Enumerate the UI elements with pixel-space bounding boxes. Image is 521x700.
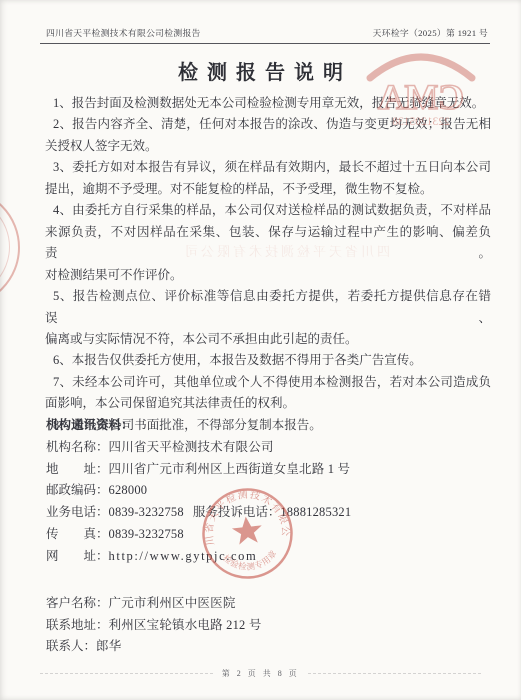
note-line: 5、报告检测点位、评价标准等信息由委托方提供，若委托方提供信息存在错误、 bbox=[45, 286, 491, 329]
cma-certificate-number: 2231205138 bbox=[392, 116, 450, 128]
header-report-number: 天环检字（2025）第 1921 号 bbox=[373, 26, 488, 39]
note-line: 偏离或与实际情况不符，本公司不承担由此引起的责任。 bbox=[45, 329, 491, 350]
row-label: 邮政编码： bbox=[46, 483, 109, 497]
notes-section: 1、报告封面及检测数据处无本公司检验检测专用章无效，报告无骑缝章无效。2、报告内… bbox=[45, 93, 491, 436]
ink-bleed-text: 四川省天平检测技术有限公司 bbox=[160, 241, 390, 260]
note-item: 6、本报告仅供委托方使用，本报告及数据不得用于各类广告宣传。 bbox=[45, 350, 491, 371]
customer-section: 客户名称：广元市利州区中医医院联系地址：利州区宝轮镇水电路 212 号联系人：郎… bbox=[46, 593, 491, 658]
row-value: 四川省广元市利州区上西街道女皇北路 1 号 bbox=[109, 462, 351, 476]
contact-row: 地 址：四川省广元市利州区上西街道女皇北路 1 号 bbox=[46, 459, 491, 481]
row-label: 传 真： bbox=[46, 527, 109, 541]
contact-row: 联系人：郎华 bbox=[46, 636, 491, 658]
row-value: 广元市利州区中医医院 bbox=[109, 596, 236, 610]
header-company-title: 四川省天平检测技术有限公司检测报告 bbox=[46, 26, 201, 39]
cma-letters: CMA bbox=[378, 77, 464, 117]
footer-left-rule bbox=[40, 673, 213, 674]
note-line: 面影响，本公司保留追究其法律责任的权利。 bbox=[45, 393, 491, 414]
note-line: 关授权人签字无效。 bbox=[45, 136, 491, 157]
contact-row: 联系地址：利州区宝轮镇水电路 212 号 bbox=[46, 615, 491, 637]
note-item: 5、报告检测点位、评价标准等信息由委托方提供，若委托方提供信息存在错误、偏离或与… bbox=[45, 286, 491, 350]
company-seal-stamp: 四川省天平检测技术有限公司 检验检测专用章 bbox=[200, 486, 295, 581]
row-label: 网 址： bbox=[46, 549, 109, 563]
page-header: 四川省天平检测技术有限公司检测报告 天环检字（2025）第 1921 号 bbox=[46, 26, 488, 40]
seal-star-icon bbox=[231, 515, 264, 545]
row-value: 利州区宝轮镇水电路 212 号 bbox=[109, 618, 262, 632]
note-line: 4、由委托方自行采集的样品，本公司仅对送检样品的测试数据负责，不对样品 bbox=[45, 200, 491, 221]
header-rule bbox=[40, 43, 490, 44]
row-value: 郎华 bbox=[96, 639, 121, 653]
row-value: 0839-3232758 bbox=[109, 527, 184, 541]
page-footer: 第 2 页 共 8 页 bbox=[40, 666, 481, 680]
cma-watermark-stamp: CMA 2231205138 bbox=[356, 46, 486, 128]
note-item: 7、未经本公司许可，其他单位或个人不得使用本检测报告，若对本公司造成负面影响，本… bbox=[45, 372, 491, 415]
note-line: 7、未经本公司许可，其他单位或个人不得使用本检测报告，若对本公司造成负 bbox=[45, 372, 491, 393]
note-line: 3、委托方如对本报告有异议，须在样品有效期内，最长不超过十五日向本公司 bbox=[45, 157, 491, 178]
row-value: 0839-3232758 bbox=[109, 505, 184, 519]
note-line: 6、本报告仅供委托方使用，本报告及数据不得用于各类广告宣传。 bbox=[45, 350, 491, 371]
note-line: 提出，逾期不予受理。对不能复检的样品，不予受理，微生物不复检。 bbox=[45, 179, 491, 200]
note-line: 对检测结果可不作评价。 bbox=[45, 265, 491, 286]
page-number: 第 2 页 共 8 页 bbox=[222, 668, 300, 679]
contact-row: 客户名称：广元市利州区中医医院 bbox=[46, 593, 491, 615]
row-label: 机构名称： bbox=[46, 440, 109, 454]
row-label: 地 址： bbox=[46, 462, 109, 476]
section-title: 机构通讯资料： bbox=[46, 415, 491, 437]
note-item: 3、委托方如对本报告有异议，须在样品有效期内，最长不超过十五日向本公司提出，逾期… bbox=[45, 157, 491, 200]
row-label: 业务电话： bbox=[46, 505, 109, 519]
row-value: 四川省天平检测技术有限公司 bbox=[109, 440, 274, 454]
row-value: 628000 bbox=[109, 483, 148, 497]
cma-arc-icon bbox=[370, 57, 472, 78]
row-label: 客户名称： bbox=[46, 596, 109, 610]
row-label: 联系人： bbox=[46, 639, 96, 653]
row-label: 联系地址： bbox=[46, 618, 109, 632]
footer-right-rule bbox=[308, 673, 481, 674]
contact-row: 机构名称：四川省天平检测技术有限公司 bbox=[46, 437, 491, 459]
